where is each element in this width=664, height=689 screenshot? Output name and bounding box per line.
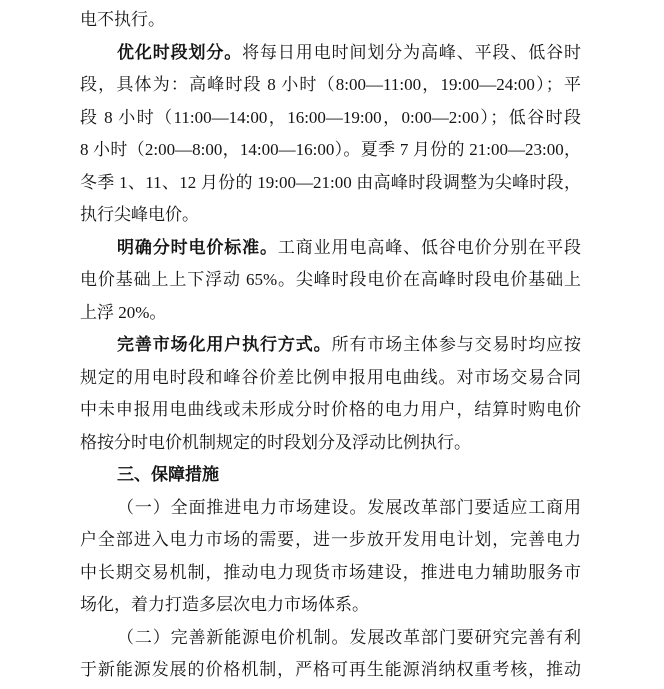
- body-text-run: 场化，着力打造多层次电力市场体系。: [80, 595, 369, 614]
- body-text-run: 所有市场主体参与交易时均应按: [332, 335, 581, 354]
- body-text-run: 冬季 1、11、12 月份的 19:00—21:00 由高峰时段调整为尖峰时段，: [80, 173, 581, 192]
- text-line-16: （一）全面推进电力市场建设。发展改革部门要适应工商用: [80, 492, 581, 525]
- text-line-3: 段，具体为：高峰时段 8 小时（8:00—11:00，19:00—24:00）；…: [80, 69, 581, 102]
- bold-heading-run: 完善市场化用户执行方式。: [117, 335, 332, 354]
- text-line-8: 明确分时电价标准。工商业用电高峰、低谷电价分别在平段: [80, 232, 581, 265]
- body-text-run: （二）完善新能源电价机制。发展改革部门要研究完善有利: [117, 628, 581, 647]
- text-line-17: 户全部进入电力市场的需要，进一步放开发用电计划，完善电力: [80, 524, 581, 557]
- body-text-run: 户全部进入电力市场的需要，进一步放开发用电计划，完善电力: [80, 530, 581, 549]
- text-line-5: 8 小时（2:00—8:00，14:00—16:00）。夏季 7 月份的 21:…: [80, 134, 581, 167]
- body-text-run: 上浮 20%。: [80, 303, 166, 322]
- text-line-1: 电不执行。: [80, 4, 581, 37]
- text-line-12: 规定的用电时段和峰谷价差比例申报用电曲线。对市场交易合同: [80, 362, 581, 395]
- text-line-9: 电价基础上上下浮动 65%。尖峰时段电价在高峰时段电价基础上: [80, 264, 581, 297]
- text-line-11: 完善市场化用户执行方式。所有市场主体参与交易时均应按: [80, 329, 581, 362]
- body-text-run: 电不执行。: [80, 10, 165, 29]
- body-text-run: 规定的用电时段和峰谷价差比例申报用电曲线。对市场交易合同: [80, 368, 581, 387]
- body-text-run: 于新能源发展的价格机制，严格可再生能源消纳权重考核，推动: [80, 660, 581, 679]
- text-line-19: 场化，着力打造多层次电力市场体系。: [80, 589, 581, 622]
- body-text-run: 工商业用电高峰、低谷电价分别在平段: [278, 238, 581, 257]
- body-text-run: 中未申报用电曲线或未形成分时价格的电力用户，结算时购电价: [80, 400, 581, 419]
- text-line-20: （二）完善新能源电价机制。发展改革部门要研究完善有利: [80, 622, 581, 655]
- body-text-run: 电价基础上上下浮动 65%。尖峰时段电价在高峰时段电价基础上: [80, 270, 581, 289]
- body-text-run: 执行尖峰电价。: [80, 205, 199, 224]
- text-line-10: 上浮 20%。: [80, 297, 581, 330]
- text-line-7: 执行尖峰电价。: [80, 199, 581, 232]
- body-text-run: 段 8 小时（11:00—14:00，16:00—19:00，0:00—2:00…: [80, 108, 581, 127]
- bold-heading-run: 三、保障措施: [117, 465, 219, 484]
- text-line-13: 中未申报用电曲线或未形成分时价格的电力用户，结算时购电价: [80, 394, 581, 427]
- bold-heading-run: 优化时段划分。: [117, 43, 242, 62]
- body-text-run: 将每日用电时间划分为高峰、平段、低谷时: [242, 43, 581, 62]
- text-line-18: 中长期交易机制，推动电力现货市场建设，推进电力辅助服务市: [80, 557, 581, 590]
- text-line-6: 冬季 1、11、12 月份的 19:00—21:00 由高峰时段调整为尖峰时段，: [80, 167, 581, 200]
- bold-heading-run: 明确分时电价标准。: [117, 238, 278, 257]
- body-text-run: 格按分时电价机制规定的时段划分及浮动比例执行。: [80, 433, 471, 452]
- text-line-21: 于新能源发展的价格机制，严格可再生能源消纳权重考核，推动: [80, 654, 581, 687]
- body-text-run: 8 小时（2:00—8:00，14:00—16:00）。夏季 7 月份的 21:…: [80, 140, 581, 159]
- body-text-run: （一）全面推进电力市场建设。发展改革部门要适应工商用: [117, 498, 581, 517]
- body-text-run: 段，具体为：高峰时段 8 小时（8:00—11:00，19:00—24:00）；…: [80, 75, 581, 94]
- text-line-4: 段 8 小时（11:00—14:00，16:00—19:00，0:00—2:00…: [80, 102, 581, 135]
- text-line-15: 三、保障措施: [80, 459, 581, 492]
- text-line-2: 优化时段划分。将每日用电时间划分为高峰、平段、低谷时: [80, 37, 581, 70]
- text-line-14: 格按分时电价机制规定的时段划分及浮动比例执行。: [80, 427, 581, 460]
- document-page: 电不执行。优化时段划分。将每日用电时间划分为高峰、平段、低谷时段，具体为：高峰时…: [0, 0, 664, 689]
- body-text-run: 中长期交易机制，推动电力现货市场建设，推进电力辅助服务市: [80, 563, 581, 582]
